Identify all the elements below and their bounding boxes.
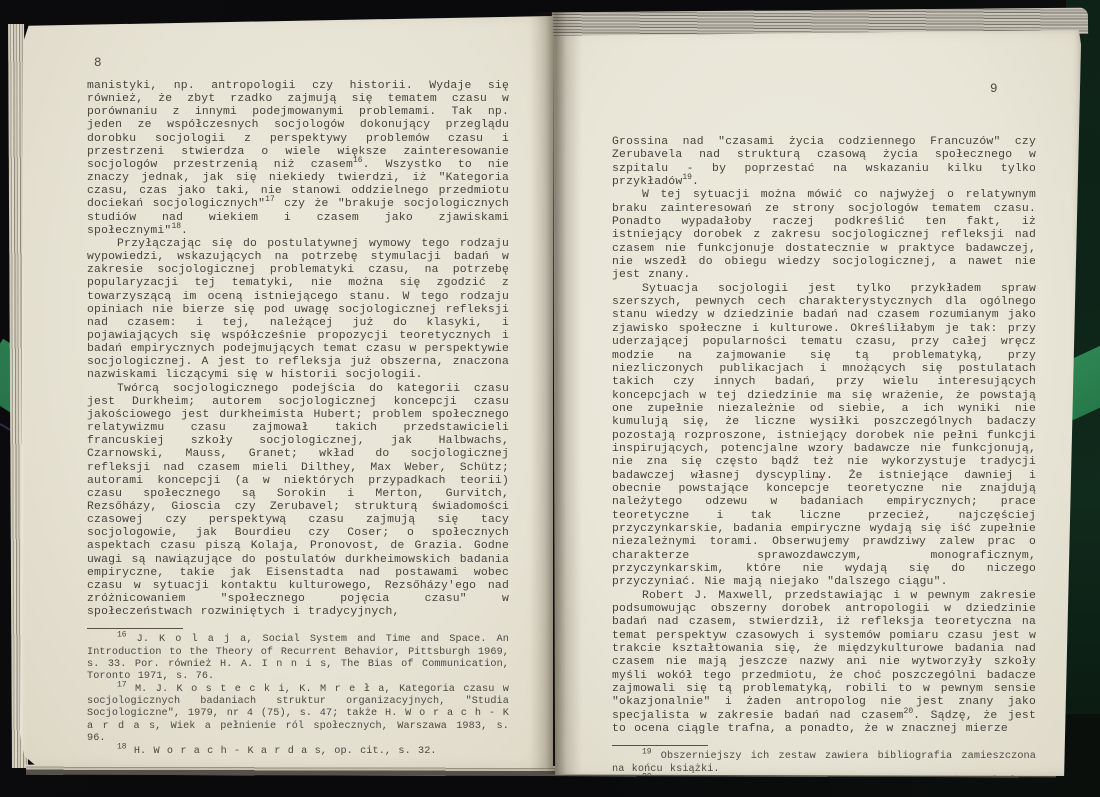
right-page-text: Grossina nad "czasami życia codziennego … <box>612 136 1036 797</box>
footnote-ref: 20 <box>642 773 652 782</box>
paragraph: Robert J. Maxwell, przedstawiając i w pe… <box>612 590 1036 737</box>
footnote: 17 M. J. K o s t e c k i, K. M r e ł a, … <box>87 684 509 746</box>
text-run: Grossina nad "czasami życia codziennego … <box>612 136 1036 188</box>
left-body: manistyki, np. antropologii czy historii… <box>87 80 509 619</box>
text-run: H. W o r a c h - K a r d a s, op. cit., … <box>127 746 437 757</box>
right-page: 9 Grossina nad "czasami życia codzienneg… <box>553 30 1081 776</box>
footnote: 18 H. W o r a c h - K a r d a s, op. cit… <box>87 746 509 758</box>
text-run: Sytuacja socjologii jest tylko przykłade… <box>612 283 1036 589</box>
footnote-ref: 17 <box>265 196 275 205</box>
footnote-ref: 20 <box>904 707 914 716</box>
page-number-right: 9 <box>990 82 999 96</box>
footnote-rule-right <box>612 745 708 746</box>
text-run: . <box>181 225 188 237</box>
footnote-ref: 19 <box>682 173 692 182</box>
footnote-rule-left <box>87 628 183 629</box>
text-run: Twórcą socjologicznego podejścia do kate… <box>87 383 509 619</box>
footnote: 16 J. K o l a j a, Social System and Tim… <box>87 634 509 683</box>
text-run: J. K o l a j a, Social System and Time a… <box>87 634 509 682</box>
footnote: 19 Obszerniejszy ich zestaw zawiera bibl… <box>612 751 1036 776</box>
text-run: Obszerniejszy ich zestaw zawiera bibliog… <box>612 751 1036 774</box>
footnote: 20 R. J. M a x w e l l, Anthropological … <box>612 776 1036 797</box>
page-number-left: 8 <box>94 56 103 70</box>
paragraph: W tej sytuacji można mówić co najwyżej o… <box>612 189 1036 282</box>
text-run: . <box>692 176 699 188</box>
footnote-ref: 17 <box>117 680 127 689</box>
text-run: Robert J. Maxwell, przedstawiając i w pe… <box>612 590 1036 722</box>
text-run: W tej sytuacji można mówić co najwyżej o… <box>612 189 1036 281</box>
text-run: Przyłączając się do postulatywnej wymowy… <box>87 238 509 382</box>
paragraph: Twórcą socjologicznego podejścia do kate… <box>87 383 509 620</box>
paragraph: Grossina nad "czasami życia codziennego … <box>612 136 1036 189</box>
footnote-ref: 19 <box>642 748 652 757</box>
footnote-ref: 18 <box>171 222 181 231</box>
text-run: M. J. K o s t e c k i, K. M r e ł a, Kat… <box>87 684 509 744</box>
right-body: Grossina nad "czasami życia codziennego … <box>612 136 1036 736</box>
paragraph: manistyki, np. antropologii czy historii… <box>87 80 509 238</box>
right-footnotes: 19 Obszerniejszy ich zestaw zawiera bibl… <box>612 751 1036 797</box>
book-spread: 8 manistyki, np. antropologii czy histor… <box>0 0 1100 797</box>
paragraph: Sytuacja socjologii jest tylko przykłade… <box>612 283 1036 590</box>
left-page: 8 manistyki, np. antropologii czy histor… <box>20 16 553 768</box>
footnote-ref: 16 <box>353 156 363 165</box>
left-page-text: manistyki, np. antropologii czy historii… <box>87 80 509 758</box>
footnote-ref: 16 <box>117 631 127 640</box>
paragraph: Przyłączając się do postulatywnej wymowy… <box>87 238 509 383</box>
left-footnotes: 16 J. K o l a j a, Social System and Tim… <box>87 634 509 757</box>
footnote-ref: 18 <box>117 742 127 751</box>
text-run: manistyki, np. antropologii czy historii… <box>87 80 509 171</box>
text-run: R. J. M a x w e l l, Anthropological Per… <box>612 776 1036 797</box>
